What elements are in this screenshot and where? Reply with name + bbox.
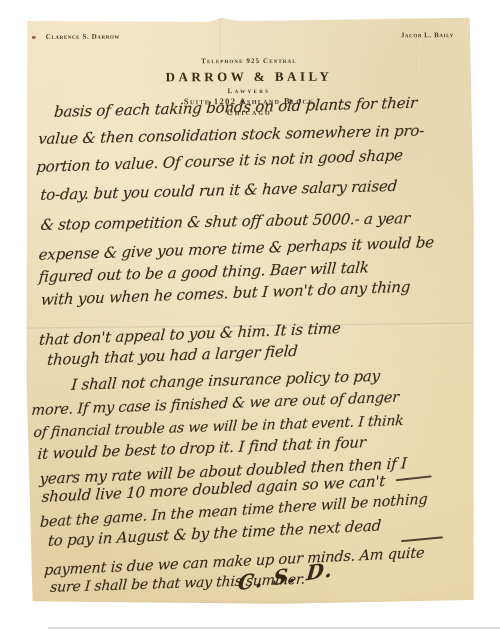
handwritten-line: expense & give you more time & perhaps i… [38, 233, 434, 264]
strikethrough-mark [396, 475, 432, 481]
paper-fleck [32, 36, 36, 39]
handwritten-line: value & then consolidation stock somewhe… [37, 121, 424, 147]
scanned-letter-view: Clarence S. Darrow Jacob L. Baily Teleph… [0, 0, 500, 632]
letter-paper-sheet: Clarence S. Darrow Jacob L. Baily Teleph… [24, 16, 477, 606]
letterhead-telephone: Telephone 925 Central [24, 56, 474, 66]
handwritten-line: & stop competition & shut off about 5000… [40, 209, 411, 234]
handwritten-line: to-day. but you could run it & have sala… [40, 177, 398, 204]
letterhead-partner-name-left: Clarence S. Darrow [46, 33, 120, 41]
handwritten-line: portion to value. Of course it is not in… [36, 146, 404, 176]
strikethrough-mark [401, 536, 443, 542]
handwritten-line: I shall not change insurance policy to p… [71, 367, 381, 394]
letterhead-firm-name: DARROW & BAILY [24, 68, 474, 86]
scan-edge-line [48, 627, 500, 629]
letterhead-partner-name-right: Jacob L. Baily [401, 31, 454, 39]
